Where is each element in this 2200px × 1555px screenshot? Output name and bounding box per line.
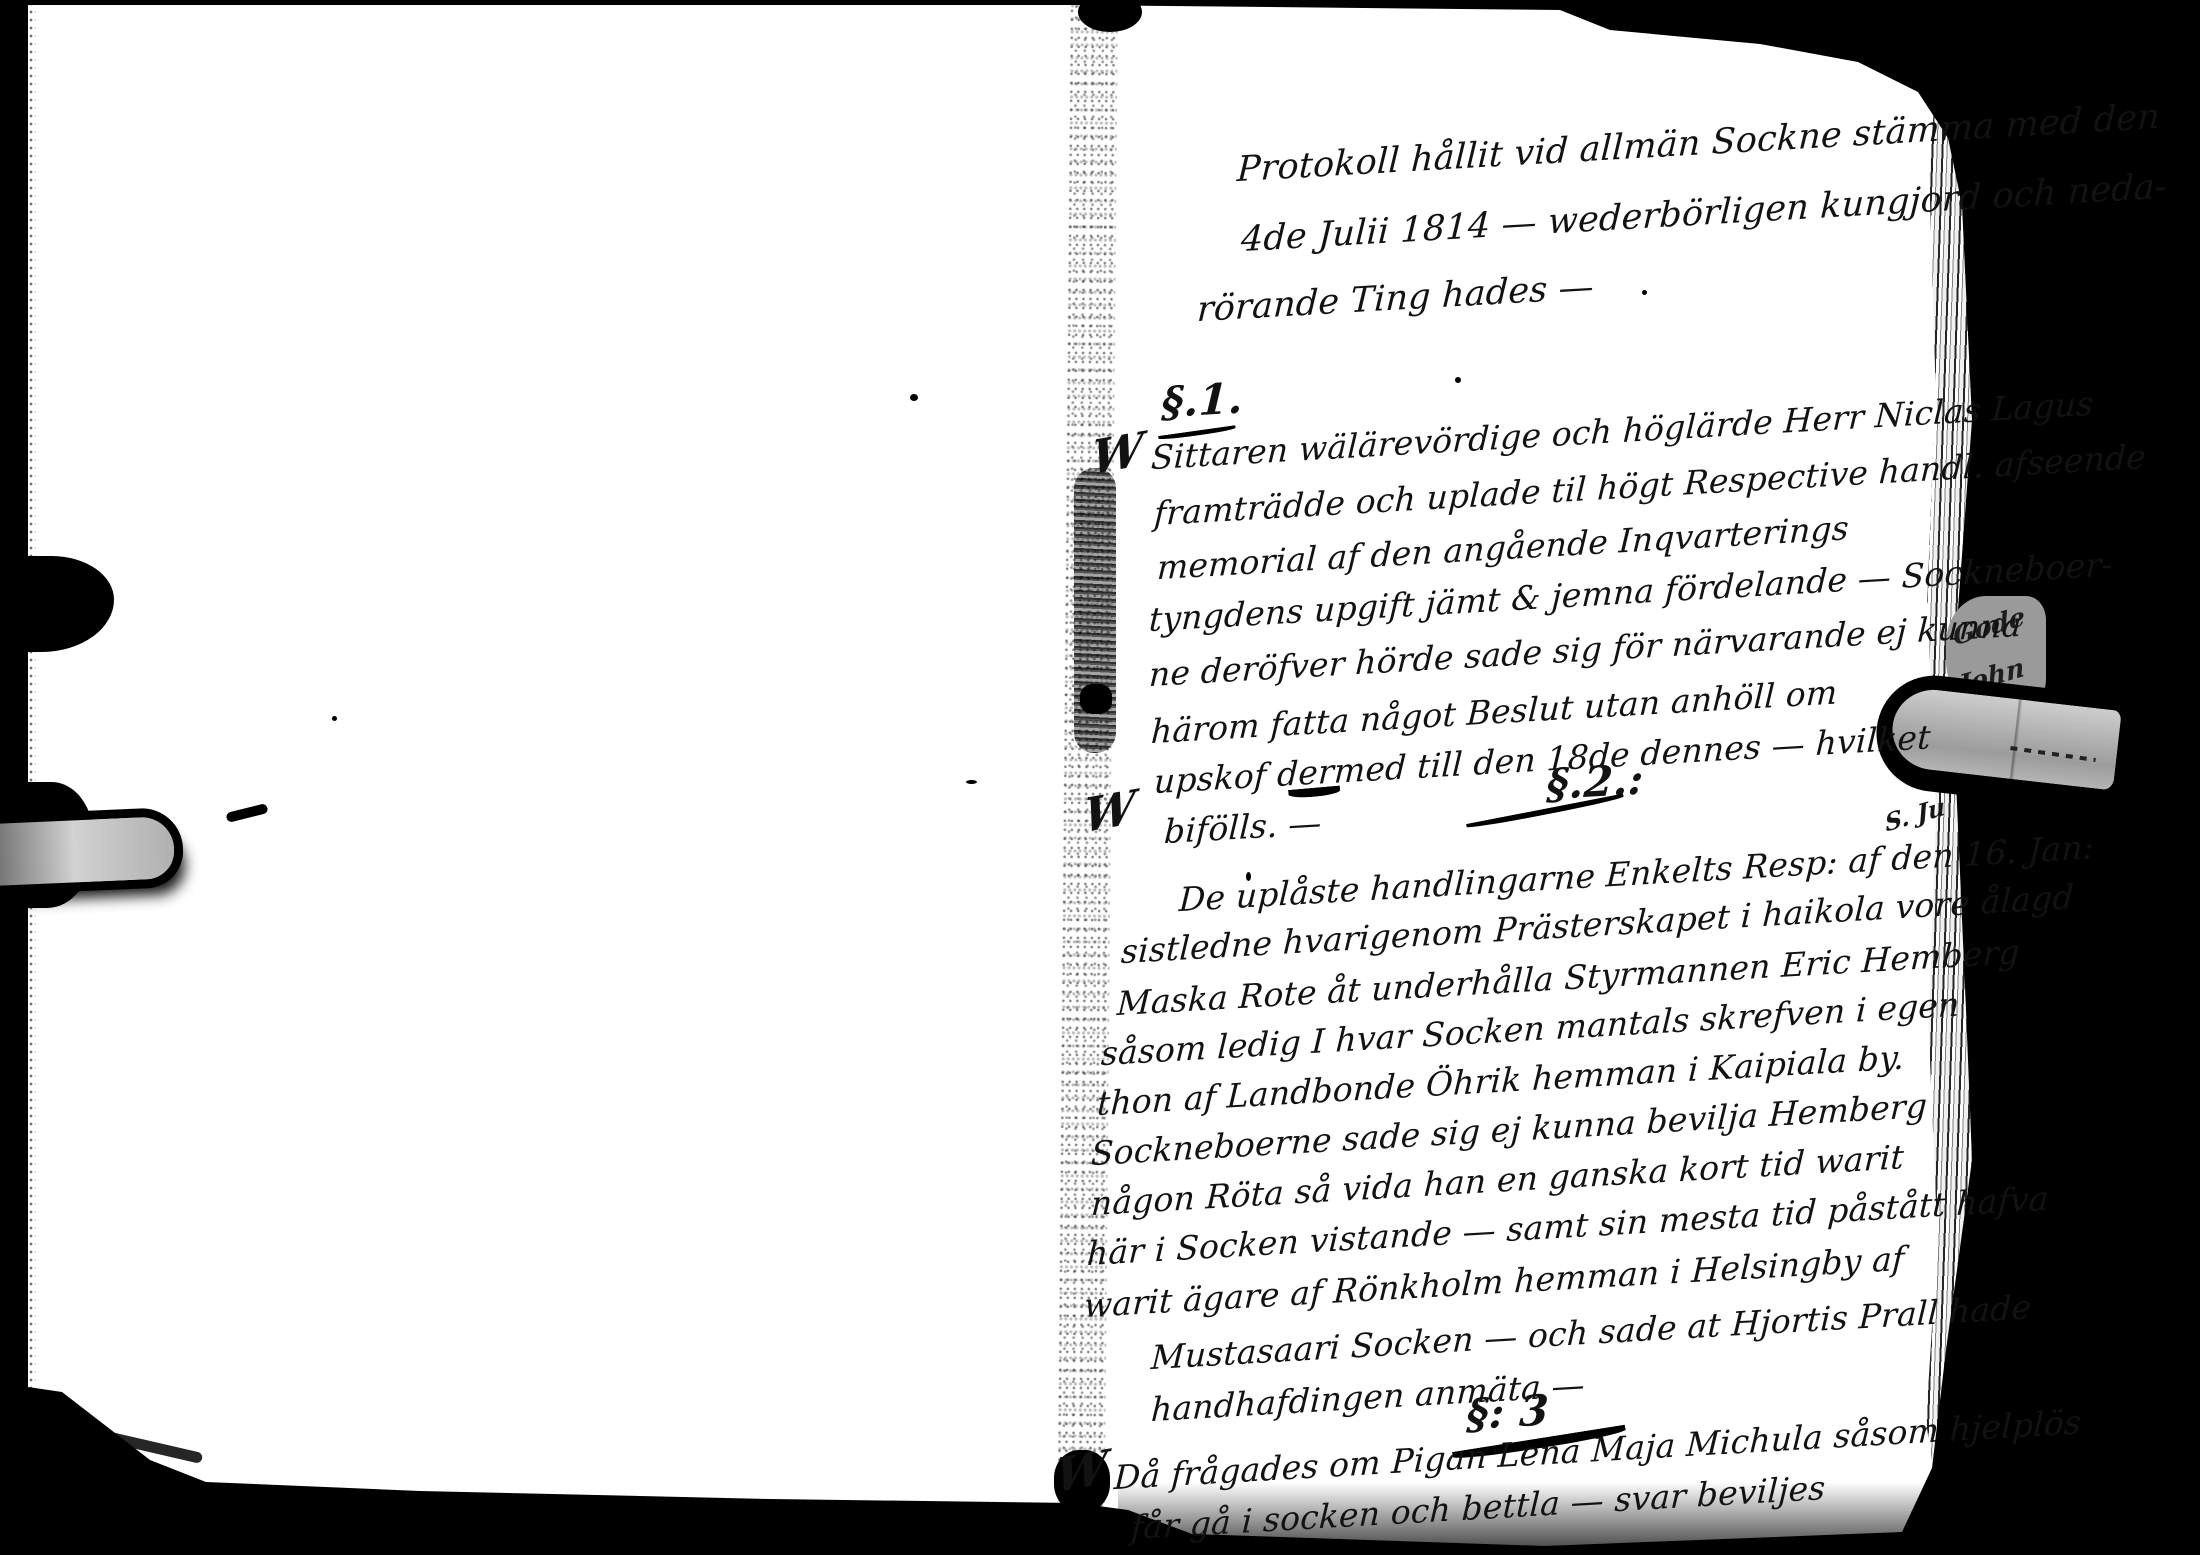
left-scan-border-speckle (22, 0, 36, 1555)
ink-speck (966, 780, 977, 784)
margin-mark: W (1090, 421, 1145, 486)
ink-speck (1455, 377, 1461, 383)
gutter-bottom-shadow (1066, 1512, 1116, 1552)
ink-speck (332, 716, 337, 721)
gutter-ink-blob (1080, 684, 1112, 714)
margin-mark: W (1054, 1439, 1109, 1504)
page-clamp (0, 816, 175, 886)
section-1-heading: §.1. (1161, 373, 1244, 427)
section-3-heading: §: 3 (1466, 1385, 1550, 1439)
ink-speck (1642, 290, 1647, 295)
scanned-book-spread: Gode John S. Ju Protokoll hållit vid all… (0, 0, 2200, 1555)
ink-speck (910, 394, 918, 401)
margin-mark: W (1082, 779, 1137, 844)
